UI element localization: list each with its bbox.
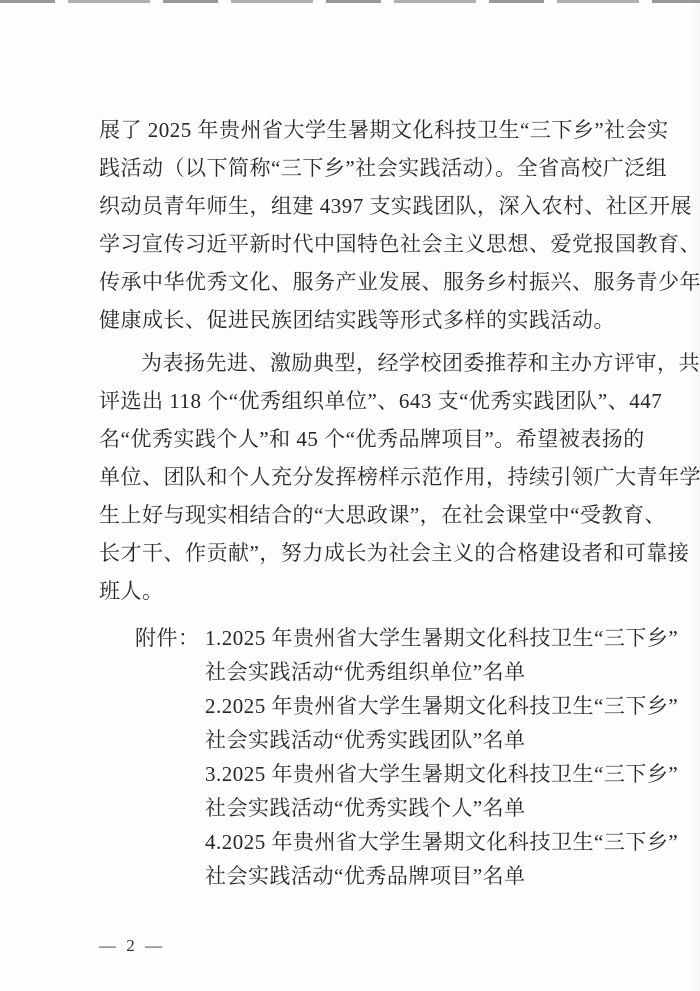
attachment-item-1-line-2: 社会实践活动“优秀组织单位”名单	[135, 655, 620, 689]
text-line: 为表扬先进、激励典型，经学校团委推荐和主办方评审，共	[99, 344, 620, 382]
attachment-item-2-line-2: 社会实践活动“优秀实践团队”名单	[135, 723, 620, 757]
document-body: 展了 2025 年贵州省大学生暑期文化科技卫生“三下乡”社会实 践活动（以下简称…	[99, 111, 620, 893]
scan-artifact-top-edge	[0, 0, 700, 3]
text-line: 生上好与现实相结合的“大思政课”，在社会课堂中“受教育、	[99, 496, 620, 534]
attachment-item-3-line-2: 社会实践活动“优秀实践个人”名单	[135, 791, 620, 825]
attachment-item-4-line-2: 社会实践活动“优秀品牌项目”名单	[135, 859, 620, 893]
scanned-document-page: 展了 2025 年贵州省大学生暑期文化科技卫生“三下乡”社会实 践活动（以下简称…	[0, 0, 700, 991]
page-number: — 2 —	[99, 934, 165, 958]
paragraph-1: 展了 2025 年贵州省大学生暑期文化科技卫生“三下乡”社会实 践活动（以下简称…	[99, 111, 620, 339]
paragraph-2: 为表扬先进、激励典型，经学校团委推荐和主办方评审，共 评选出 118 个“优秀组…	[99, 344, 620, 610]
text-line: 评选出 118 个“优秀组织单位”、643 支“优秀实践团队”、447	[99, 382, 620, 420]
text-line: 践活动（以下简称“三下乡”社会实践活动）。全省高校广泛组	[99, 149, 620, 187]
text-line: 长才干、作贡献”，努力成长为社会主义的合格建设者和可靠接	[99, 534, 620, 572]
text-line: 名“优秀实践个人”和 45 个“优秀品牌项目”。希望被表扬的	[99, 420, 620, 458]
attachment-item-text: 1.2025 年贵州省大学生暑期文化科技卫生“三下乡”	[205, 626, 678, 650]
text-line: 单位、团队和个人充分发挥榜样示范作用，持续引领广大青年学	[99, 458, 620, 496]
text-line: 健康成长、促进民族团结实践等形式多样的实践活动。	[99, 301, 620, 339]
scan-artifact-right-edge	[692, 0, 700, 991]
attachment-label: 附件：	[135, 621, 205, 655]
text-line: 班人。	[99, 572, 620, 610]
text-line: 传承中华优秀文化、服务产业发展、服务乡村振兴、服务青少年	[99, 263, 620, 301]
text-line: 展了 2025 年贵州省大学生暑期文化科技卫生“三下乡”社会实	[99, 111, 620, 149]
attachment-list: 附件：1.2025 年贵州省大学生暑期文化科技卫生“三下乡” 社会实践活动“优秀…	[135, 621, 620, 893]
attachment-item-3-line-1: 3.2025 年贵州省大学生暑期文化科技卫生“三下乡”	[135, 757, 620, 791]
attachment-item-2-line-1: 2.2025 年贵州省大学生暑期文化科技卫生“三下乡”	[135, 689, 620, 723]
attachment-item-1-line-1: 附件：1.2025 年贵州省大学生暑期文化科技卫生“三下乡”	[135, 621, 620, 655]
attachment-item-4-line-1: 4.2025 年贵州省大学生暑期文化科技卫生“三下乡”	[135, 825, 620, 859]
text-line: 学习宣传习近平新时代中国特色社会主义思想、爱党报国教育、	[99, 225, 620, 263]
text-line: 织动员青年师生，组建 4397 支实践团队，深入农村、社区开展	[99, 187, 620, 225]
